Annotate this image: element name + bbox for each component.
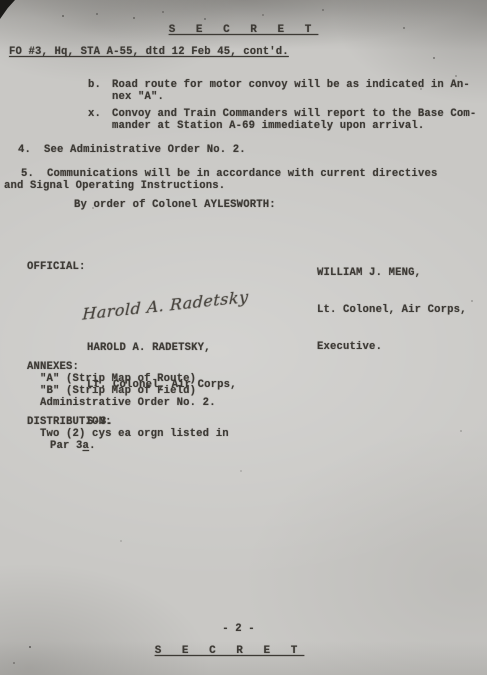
signer-name: HAROLD A. RADETSKY, [87,342,237,354]
item-x-line1: Convoy and Train Commanders will report … [112,108,476,120]
classification-banner-top: S E C R E T [0,24,487,36]
paragraph-5-line1: 5. Communications will be in accordance … [21,168,437,180]
scanned-document-page: S E C R E T FO #3, Hq, STA A-55, dtd 12 … [0,0,487,675]
item-b-line1: Road route for motor convoy will be as i… [112,79,470,91]
annex-item-a: "A" (Strip Map of Route) [40,373,196,385]
item-b-line2: nex "A". [112,91,164,103]
item-b-label: b. [88,79,101,91]
par-ref-prefix: Par 3 [50,440,83,452]
distribution-line1: Two (2) cys ea orgn listed in [40,428,229,440]
annex-item-b: "B" (Strip Map of Field) [40,385,196,397]
by-order-line: By order of Colonel AYLESWORTH: [74,199,276,211]
paragraph-5-line2: and Signal Operating Instructions. [4,180,225,192]
annexes-label: ANNEXES: [27,361,79,373]
par-ref-suffix: . [89,440,96,452]
officer-title: Executive. [317,341,467,353]
annex-item-admin-order: Administrative Order No. 2. [40,397,216,409]
distribution-par-ref: Par 3a. [50,440,96,452]
scan-corner-artifact [0,0,15,19]
official-label: OFFICIAL: [27,261,86,273]
item-x-label: x. [88,108,101,120]
item-x-line2: mander at Station A-69 immediately upon … [112,120,424,132]
paragraph-4: 4. See Administrative Order No. 2. [18,144,246,156]
classification-banner-bottom: S E C R E T [0,645,473,657]
distribution-label: DISTRIBUTION: [27,416,112,428]
continuation-header: FO #3, Hq, STA A-55, dtd 12 Feb 45, cont… [9,46,289,58]
officer-rank: Lt. Colonel, Air Corps, [317,304,467,316]
officer-name: WILLIAM J. MENG, [317,267,467,279]
paper-speckles [0,0,2,2]
page-number: - 2 - [0,623,482,635]
signature-block-right: WILLIAM J. MENG, Lt. Colonel, Air Corps,… [317,243,467,377]
